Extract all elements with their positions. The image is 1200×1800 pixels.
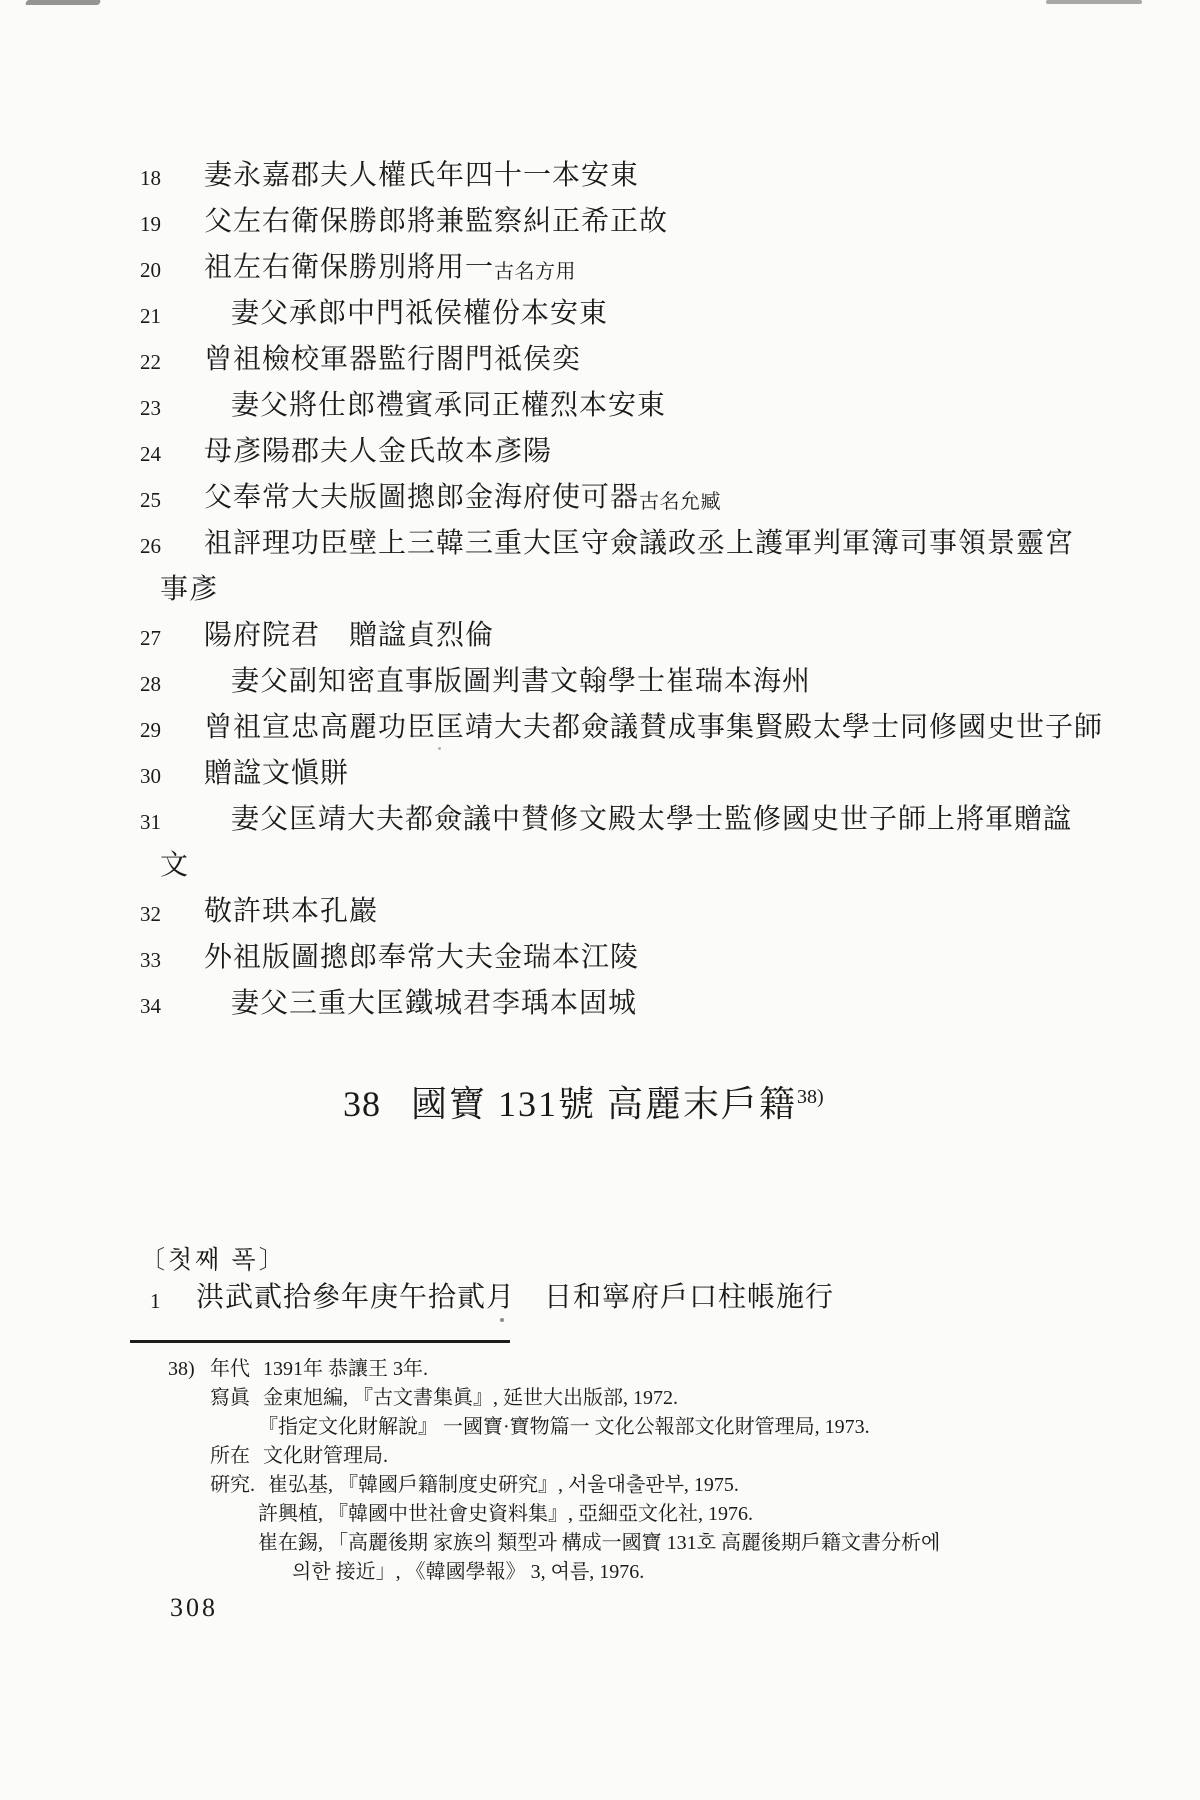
footnote-line: 의한 接近」, 《韓國學報》 3, 여름, 1976.: [168, 1558, 1108, 1587]
transcription-line: 23 妻父將仕郎禮賓承同正權烈本安東: [140, 388, 1100, 434]
line-number: 28: [140, 664, 204, 699]
line-number: 34: [140, 986, 204, 1021]
footnote-line: 崔在錫, 「高麗後期 家族의 類型과 構成一國寶 131호 高麗後期戶籍文書分析…: [168, 1529, 1108, 1558]
transcription-line: 32 敬許珙本孔巖: [140, 894, 1100, 940]
footnote-label: 硏究.: [210, 1471, 255, 1500]
transcription-line: 27 陽府院君 贈諡貞烈倫: [140, 618, 1100, 664]
scan-artifact-top-left: [25, 0, 101, 5]
line-text: 敬許珙本孔巖: [204, 894, 378, 930]
document-title: 國寶 131號 高麗末戶籍: [411, 1084, 797, 1124]
line-number: 30: [140, 756, 204, 791]
footnote-text: 許興植, 『韓國中世社會史資料集』, 亞細亞文化社, 1976.: [258, 1500, 753, 1529]
footnote-marker: 38): [168, 1355, 210, 1384]
transcription-line: 24 母彥陽郡夫人金氏故本彥陽: [140, 434, 1100, 480]
line-text: 妻父副知密直事版圖判書文翰學士崔瑞本海州: [231, 664, 811, 700]
footnote-line: 『指定文化財解說』 一國寶·寶物篇一 文化公報部文化財管理局, 1973.: [168, 1413, 1108, 1442]
document-heading: 38國寶 131號 高麗末戶籍38): [343, 1076, 824, 1127]
transcription-line: 33 外祖版圖摠郎奉常大夫金瑞本江陵: [140, 940, 1100, 986]
transcription-line: 25 父奉常大夫版圖摠郎金海府使可器 古名允臧: [140, 480, 1100, 526]
line-text: 父奉常大夫版圖摠郎金海府使可器: [204, 480, 639, 516]
line-text: 文: [160, 848, 189, 884]
line-number: 20: [140, 250, 204, 285]
document-number: 38: [343, 1084, 381, 1124]
line-number: 29: [140, 710, 204, 745]
line-text: 曾祖檢校軍器監行閤門祗侯奕: [204, 342, 581, 378]
footnote-block: 38) 年代 1391年 恭讓王 3年. 寫眞 金東旭編, 『古文書集眞』, 延…: [168, 1355, 1108, 1587]
footnote-label: 所在: [210, 1442, 250, 1471]
footnote-line: 38) 年代 1391年 恭讓王 3年.: [168, 1355, 1108, 1384]
transcription-line: 26 祖評理功臣壁上三韓三重大匡守僉議政丞上護軍判軍簿司事領景靈宮: [140, 526, 1100, 572]
page-number: 308: [170, 1593, 218, 1623]
scanned-book-page: 18 妻永嘉郡夫人權氏年四十一本安東 19 父左右衛保勝郎將兼監察糾正希正故 2…: [0, 0, 1200, 1800]
transcription-line: 文: [140, 848, 1100, 894]
footnote-marker: [168, 1413, 210, 1442]
footnote-line: 所在 文化財管理局.: [168, 1442, 1108, 1471]
line-number: 31: [140, 802, 204, 837]
line-text: 外祖版圖摠郎奉常大夫金瑞本江陵: [204, 940, 639, 976]
line-number: 24: [140, 434, 204, 469]
line-number: 1: [150, 1280, 196, 1316]
line-number: 22: [140, 342, 204, 377]
transcription-line: 28 妻父副知密直事版圖判書文翰學士崔瑞本海州: [140, 664, 1100, 710]
line-text: 事彥: [160, 572, 218, 608]
transcription-line-list: 18 妻永嘉郡夫人權氏年四十一本安東 19 父左右衛保勝郎將兼監察糾正希正故 2…: [140, 158, 1100, 1032]
line-number: 26: [140, 526, 204, 561]
footnote-reference: 38): [797, 1086, 824, 1108]
line-number: 18: [140, 158, 204, 193]
line-small-annotation: 古名允臧: [639, 480, 721, 512]
footnote-marker: [168, 1558, 210, 1587]
footnote-text: 1391年 恭讓王 3年.: [263, 1355, 428, 1384]
footnote-text: 文化財管理局.: [263, 1442, 388, 1471]
line-text: 妻父將仕郎禮賓承同正權烈本安東: [231, 388, 666, 424]
line-number: 33: [140, 940, 204, 975]
transcription-line: 20 祖左右衛保勝別將用一 古名方用: [140, 250, 1100, 296]
transcription-line: 21 妻父承郎中門祗侯權份本安東: [140, 296, 1100, 342]
footnote-label: 寫眞: [210, 1384, 250, 1413]
transcription-line: 22 曾祖檢校軍器監行閤門祗侯奕: [140, 342, 1100, 388]
line-text: 妻父三重大匡鐵城君李瑀本固城: [231, 986, 637, 1022]
transcription-line: 1 洪武貳拾參年庚午拾貳月 日和寧府戶口柱帳施行: [150, 1280, 834, 1316]
footnote-label: 年代: [210, 1355, 250, 1384]
transcription-line: 29 曾祖宣忠高麗功臣匡靖大夫都僉議賛成事集賢殿太學士同修國史世子師: [140, 710, 1100, 756]
footnote-text: 『指定文化財解說』 一國寶·寶物篇一 文化公報部文化財管理局, 1973.: [258, 1413, 870, 1442]
line-text: 妻永嘉郡夫人權氏年四十一本安東: [204, 158, 639, 194]
line-text: 祖左右衛保勝別將用一: [204, 250, 494, 286]
line-text: 陽府院君 贈諡貞烈倫: [204, 618, 494, 654]
line-text: 妻父承郎中門祗侯權份本安東: [231, 296, 608, 332]
footnote-marker: [168, 1529, 210, 1558]
footnote-marker: [168, 1500, 210, 1529]
footnote-text: 崔弘基, 『韓國戶籍制度史硏究』, 서울대출판부, 1975.: [268, 1471, 739, 1500]
line-text: 贈諡文愼賆: [204, 756, 349, 792]
transcription-line: 30 贈諡文愼賆: [140, 756, 1100, 802]
line-text: 母彥陽郡夫人金氏故本彥陽: [204, 434, 552, 470]
line-number: 21: [140, 296, 204, 331]
line-text: 洪武貳拾參年庚午拾貳月 日和寧府戶口柱帳施行: [196, 1280, 834, 1316]
fold-section-label: 〔첫째 폭〕: [140, 1240, 287, 1276]
footnote-text: 金東旭編, 『古文書集眞』, 延世大出版部, 1972.: [263, 1384, 678, 1413]
transcription-line: 34 妻父三重大匡鐵城君李瑀本固城: [140, 986, 1100, 1032]
line-number: 32: [140, 894, 204, 929]
line-small-annotation: 古名方用: [494, 250, 576, 282]
footnote-text: 의한 接近」, 《韓國學報》 3, 여름, 1976.: [292, 1558, 644, 1587]
transcription-line: 事彥: [140, 572, 1100, 618]
transcription-line: 19 父左右衛保勝郎將兼監察糾正希正故: [140, 204, 1100, 250]
scan-artifact-top-right: [1046, 0, 1142, 4]
scan-speck: [500, 1318, 504, 1322]
line-text: 曾祖宣忠高麗功臣匡靖大夫都僉議賛成事集賢殿太學士同修國史世子師: [204, 710, 1103, 746]
footnote-line: 硏究. 崔弘基, 『韓國戶籍制度史硏究』, 서울대출판부, 1975.: [168, 1471, 1108, 1500]
line-number: 27: [140, 618, 204, 653]
line-text: 祖評理功臣壁上三韓三重大匡守僉議政丞上護軍判軍簿司事領景靈宮: [204, 526, 1074, 562]
line-number: 19: [140, 204, 204, 239]
footnote-line: 寫眞 金東旭編, 『古文書集眞』, 延世大出版部, 1972.: [168, 1384, 1108, 1413]
line-text: 妻父匡靖大夫都僉議中賛修文殿太學士監修國史世子師上將軍贈諡: [231, 802, 1072, 838]
footnote-text: 崔在錫, 「高麗後期 家族의 類型과 構成一國寶 131호 高麗後期戶籍文書分析…: [258, 1529, 940, 1558]
footnote-line: 許興植, 『韓國中世社會史資料集』, 亞細亞文化社, 1976.: [168, 1500, 1108, 1529]
line-text: 父左右衛保勝郎將兼監察糾正希正故: [204, 204, 668, 240]
line-number: 25: [140, 480, 204, 515]
transcription-line: 18 妻永嘉郡夫人權氏年四十一本安東: [140, 158, 1100, 204]
footnote-marker: [168, 1384, 210, 1413]
line-number: 23: [140, 388, 204, 423]
transcription-line: 31 妻父匡靖大夫都僉議中賛修文殿太學士監修國史世子師上將軍贈諡: [140, 802, 1100, 848]
footnote-marker: [168, 1442, 210, 1471]
footnote-separator-rule: [130, 1340, 510, 1343]
footnote-marker: [168, 1471, 210, 1500]
